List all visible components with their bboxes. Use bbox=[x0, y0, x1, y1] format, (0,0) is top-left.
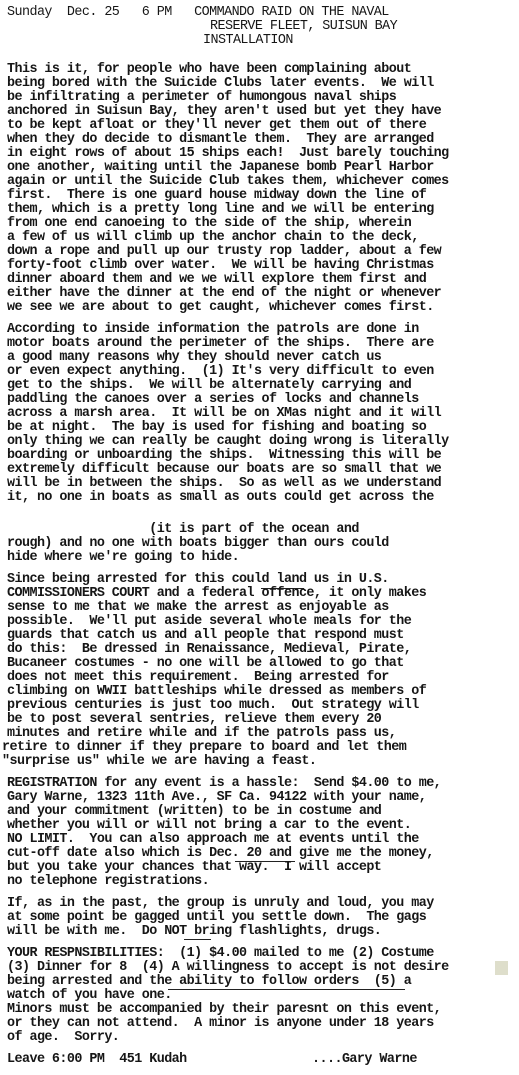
text-line: Minors must be accompanied by their pare… bbox=[7, 1003, 441, 1017]
underline-not bbox=[184, 939, 211, 940]
underline-ability bbox=[168, 989, 405, 990]
text-line: NO LIMIT. You can also approach me at ev… bbox=[7, 833, 419, 847]
text-line: sense to me that we make the arrest as e… bbox=[7, 601, 389, 615]
text-line: extremely difficult because our boats ar… bbox=[7, 463, 441, 477]
text-line: rough) and no one with boats bigger than… bbox=[7, 537, 389, 551]
text-line: and your commitment (written) to be in c… bbox=[7, 805, 381, 819]
text-line: be infiltrating a perimeter of humongous… bbox=[7, 91, 396, 105]
text-line: guards that catch us and all people that… bbox=[7, 629, 404, 643]
text-line: paddling the canoes over a series of loc… bbox=[7, 393, 419, 407]
title-line-2: RESERVE FLEET, SUISUN BAY bbox=[210, 20, 397, 34]
text-line: from one end canoeing to the side of the… bbox=[7, 217, 411, 231]
text-line: boarding or unboarding the ships. Witnes… bbox=[7, 449, 441, 463]
text-line: we see we are about to get caught, which… bbox=[7, 301, 434, 315]
text-line: first. There is one guard house midway d… bbox=[7, 189, 426, 203]
highlight-mark bbox=[495, 961, 508, 975]
text-line: of age. Sorry. bbox=[7, 1031, 119, 1045]
text-line: anchored in Suisun Bay, they aren't used… bbox=[7, 105, 441, 119]
text-line: again or until the Suicide Club takes th… bbox=[7, 175, 449, 189]
text-line: down a rope and pull up our trusty rop l… bbox=[7, 245, 441, 259]
date-and-title-line: Sunday Dec. 25 6 PM COMMANDO RAID ON THE… bbox=[7, 6, 389, 20]
text-line: YOUR RESPNSIBILITIES: (1) $4.00 mailed t… bbox=[7, 947, 434, 961]
text-line: will be with me. Do NOT bring flashlight… bbox=[7, 925, 381, 939]
text-line: If, as in the past, the group is unruly … bbox=[7, 897, 434, 911]
text-line: cut-off date also which is Dec. 20 and g… bbox=[7, 847, 434, 861]
text-line: be to post several sentries, relieve the… bbox=[7, 713, 381, 727]
text-line: REGISTRATION for any event is a hassle: … bbox=[7, 777, 441, 791]
text-line: be at night. The bay is used for fishing… bbox=[7, 421, 426, 435]
text-line: when they do decide to dismantle them. T… bbox=[7, 133, 434, 147]
text-line: whether you will or will not bring a car… bbox=[7, 819, 411, 833]
text-line: climbing on WWII battleships while dress… bbox=[7, 685, 426, 699]
text-line: (3) Dinner for 8 (4) A willingness to ac… bbox=[7, 961, 449, 975]
text-line: at some point be gagged until you settle… bbox=[7, 911, 426, 925]
departure-info: Leave 6:00 PM 451 Kudah bbox=[7, 1053, 187, 1067]
text-line: being bored with the Suicide Clubs later… bbox=[7, 77, 434, 91]
text-line: a good many reasons why they should neve… bbox=[7, 351, 381, 365]
text-line: does not meet this requirement. Being ar… bbox=[7, 671, 389, 685]
text-line: across a marsh area. It will be on XMas … bbox=[7, 407, 441, 421]
text-line: Since being arrested for this could land… bbox=[7, 573, 389, 587]
text-line: to be kept afloat or they'll never get t… bbox=[7, 119, 426, 133]
text-line: it, no one in boats as small as outs cou… bbox=[7, 491, 434, 505]
text-line: or even expect anything. (1) It's very d… bbox=[7, 365, 434, 379]
text-line: them, which is a pretty long line and we… bbox=[7, 203, 434, 217]
text-line: get to the ships. We will be alternately… bbox=[7, 379, 411, 393]
text-line: being arrested and the ability to follow… bbox=[7, 975, 411, 989]
text-line: only thing we can really be caught doing… bbox=[7, 435, 449, 449]
text-line: watch of you have one. bbox=[7, 989, 172, 1003]
text-line: a few of us will climb up the anchor cha… bbox=[7, 231, 419, 245]
text-line: forty-foot climb over water. We will be … bbox=[7, 259, 434, 273]
text-line: one another, waiting until the Japanese … bbox=[7, 161, 434, 175]
text-line: dinner aboard them and we we will explor… bbox=[7, 273, 426, 287]
text-line: will be in between the ships. So as well… bbox=[7, 477, 441, 491]
text-line: Bucaneer costumes - no one will be allow… bbox=[7, 657, 404, 671]
text-line: Gary Warne, 1323 11th Ave., SF Ca. 94122… bbox=[7, 791, 426, 805]
text-line: (it is part of the ocean and bbox=[7, 523, 359, 537]
text-line: but you take your chances that way. I wi… bbox=[7, 861, 381, 875]
text-line: do this: Be dressed in Renaissance, Medi… bbox=[7, 643, 411, 657]
text-line: retire to dinner if they prepare to boar… bbox=[2, 741, 406, 755]
text-line: According to inside information the patr… bbox=[7, 323, 419, 337]
signature: ....Gary Warne bbox=[312, 1053, 417, 1067]
text-line: previous centuries is just too much. Out… bbox=[7, 699, 419, 713]
flyer-page: Sunday Dec. 25 6 PM COMMANDO RAID ON THE… bbox=[0, 0, 519, 1075]
text-line: either have the dinner at the end of the… bbox=[7, 287, 441, 301]
text-line: hide where we're going to hide. bbox=[7, 551, 239, 565]
title-line-3: INSTALLATION bbox=[203, 34, 293, 48]
text-line: "surprise us" while we are having a feas… bbox=[2, 755, 316, 769]
text-line: motor boats around the perimeter of the … bbox=[7, 337, 434, 351]
text-line: no telephone registrations. bbox=[7, 875, 209, 889]
text-line: possible. We'll put aside several whole … bbox=[7, 615, 411, 629]
text-line: in eight rows of about 15 ships each! Ju… bbox=[7, 147, 449, 161]
text-line: COMMISSIONERS COURT and a federal offenc… bbox=[7, 587, 426, 601]
text-line: minutes and retire while and if the patr… bbox=[7, 727, 396, 741]
text-line: or they can not attend. A minor is anyon… bbox=[7, 1017, 434, 1031]
text-line: This is it, for people who have been com… bbox=[7, 63, 411, 77]
